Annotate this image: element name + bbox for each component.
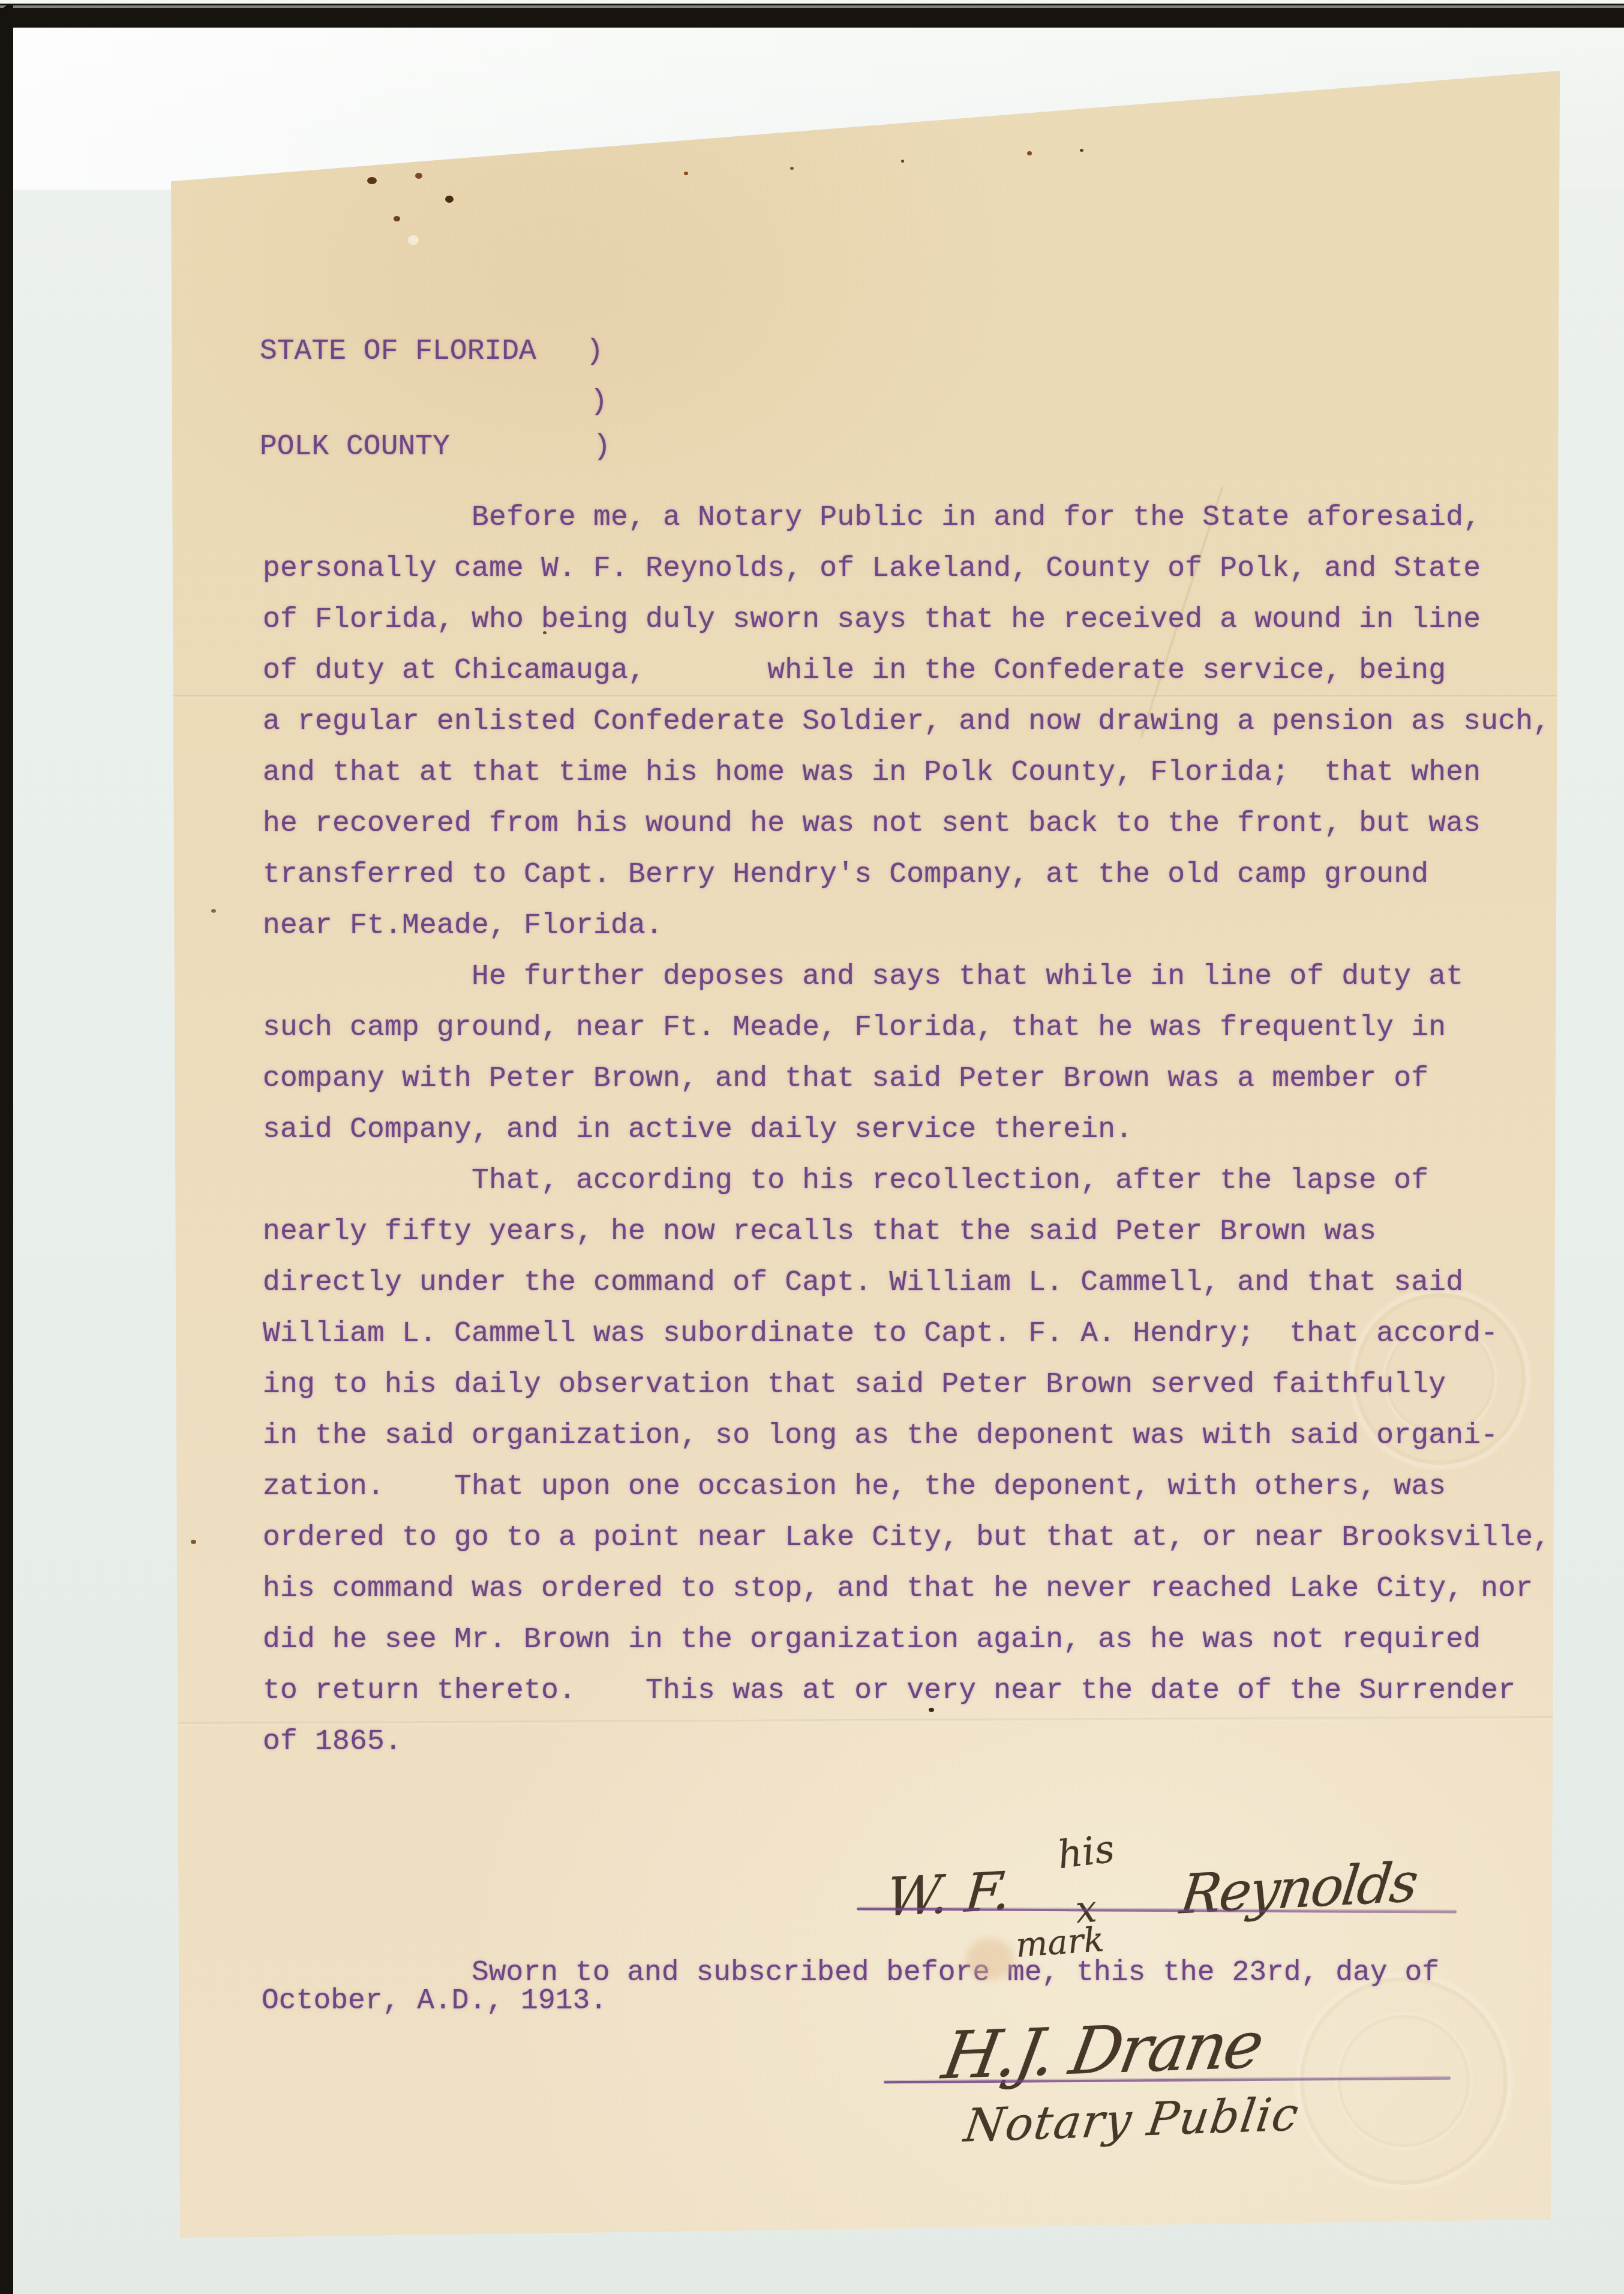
paper-sheet: STATE OF FLORIDA ) ) POLK COUNTY ) Befor…: [167, 66, 1565, 2241]
header-county-line: POLK COUNTY: [260, 433, 450, 461]
stain-speck: [790, 167, 794, 170]
stain-speck: [1027, 151, 1032, 155]
stain-speck: [684, 172, 688, 175]
ink-blot-stain: [966, 1938, 1014, 1980]
stain-speck: [1080, 149, 1083, 152]
embossed-seal: [1296, 1973, 1512, 2189]
stain-speck: [394, 216, 400, 221]
notary-title-handwritten: Notary Public: [961, 2087, 1303, 2152]
paper-chip: [408, 235, 419, 245]
scanned-affidavit-page: STATE OF FLORIDA ) ) POLK COUNTY ) Befor…: [0, 0, 1624, 2294]
header-state-line: STATE OF FLORIDA: [260, 337, 536, 366]
scanner-frame-top-edge: [0, 4, 1624, 28]
header-bracket-3: ): [593, 433, 611, 461]
stain-speck: [367, 177, 377, 184]
stain-speck: [543, 631, 547, 634]
stain-speck: [901, 160, 904, 163]
scanner-frame-left-edge: [0, 4, 13, 2294]
deponent-initials-signature: W. F.: [884, 1860, 1013, 1928]
deponent-surname-signature: Reynolds: [1177, 1851, 1420, 1926]
stain-speck: [191, 1540, 196, 1544]
stain-speck: [929, 1708, 934, 1712]
stain-speck: [415, 173, 422, 179]
handwritten-his: his: [1055, 1827, 1117, 1878]
stain-speck: [445, 196, 454, 203]
affidavit-body-text: Before me, a Notary Public in and for th…: [263, 493, 1550, 1768]
stain-speck: [211, 909, 216, 913]
sworn-statement-line: Sworn to and subscribed before me, this …: [472, 1959, 1439, 1987]
header-bracket-2: ): [590, 388, 608, 416]
date-line: October, A.D., 1913.: [262, 1987, 607, 2016]
header-bracket-1: ): [586, 337, 604, 366]
